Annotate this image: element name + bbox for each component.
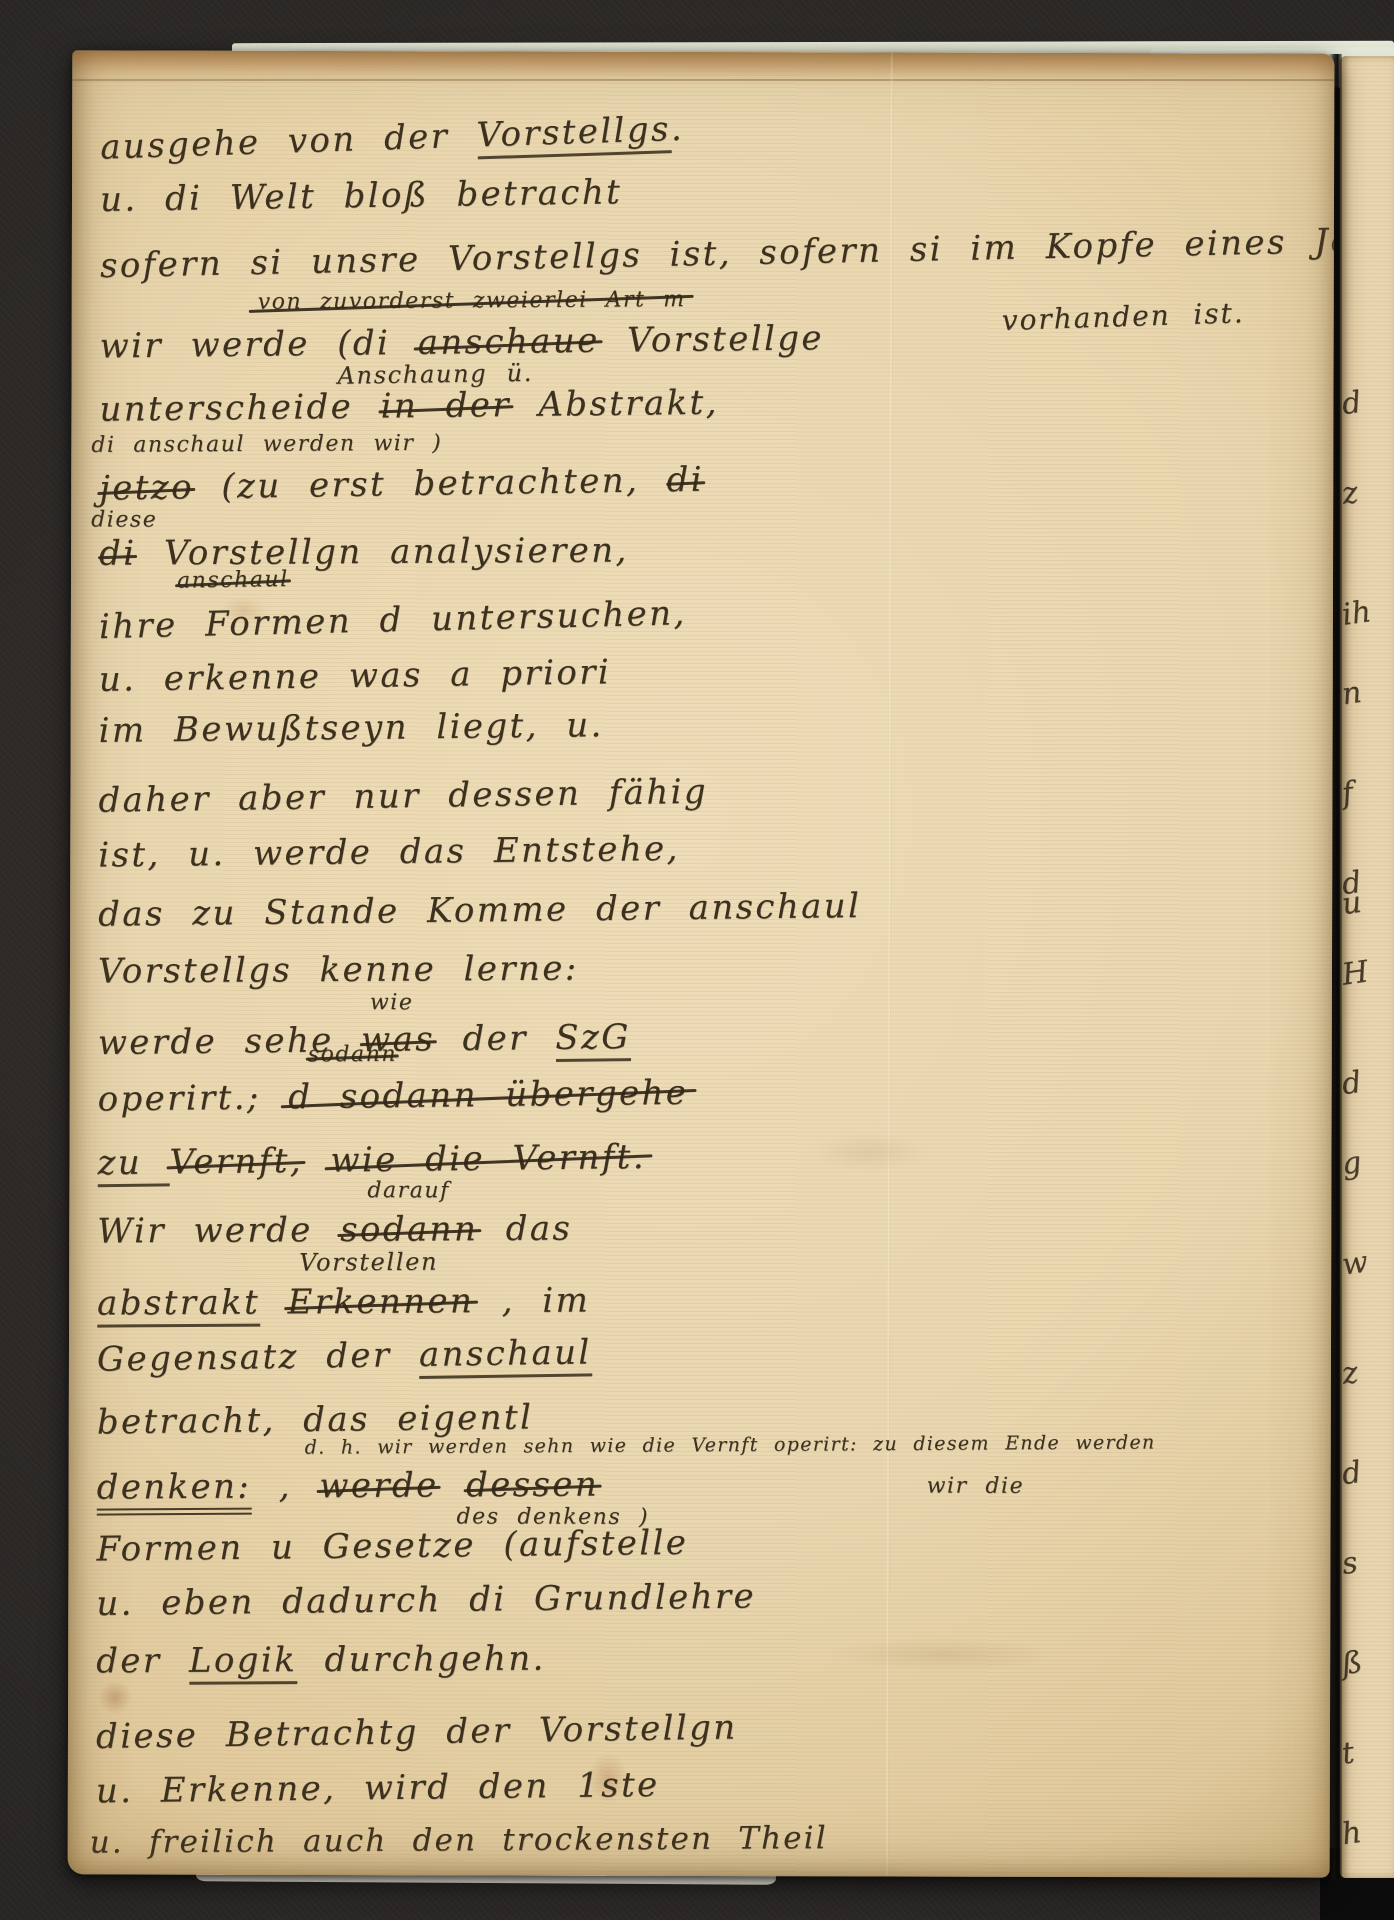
next-page-text-fragment: d <box>1340 1455 1364 1492</box>
handwritten-text: Formen u Gesetze (aufstelle <box>96 1523 688 1570</box>
manuscript-line: u. eben dadurch di Grundlehre <box>96 1576 756 1626</box>
struck-text: anschaue <box>417 321 599 363</box>
struck-text: anschaul <box>177 567 289 594</box>
next-page-text-fragment: z <box>1340 1355 1360 1392</box>
manuscript-page: ausgehe von der Vorstellgs.u. di Welt bl… <box>68 50 1335 1877</box>
next-page-edge: dzihnfduHdgwzdsßth <box>1340 56 1394 1878</box>
manuscript-line: wir die <box>927 1473 1025 1501</box>
handwritten-text: (zu erst betrachten, <box>194 460 667 507</box>
manuscript-line: operirt.; d sodann übergehe <box>97 1072 688 1121</box>
next-page-text-fragment: ß <box>1340 1645 1364 1682</box>
manuscript-line: d. h. wir werden sehn wie die Vernft ope… <box>305 1431 1156 1460</box>
underlined-text: Logik <box>189 1640 297 1685</box>
struck-text: jetzo <box>99 467 194 508</box>
handwritten-text: wie <box>370 990 414 1015</box>
manuscript-scan: dzihnfduHdgwzdsßth ausgehe von der Vorst… <box>0 0 1394 1920</box>
next-page-text-fragment: u <box>1340 885 1364 922</box>
struck-text: Erkennen <box>287 1281 474 1322</box>
handwritten-text: unterscheide <box>99 387 381 430</box>
struck-text: werde <box>319 1466 439 1507</box>
handwritten-text <box>303 1141 331 1181</box>
manuscript-line: u. Erkenne, wird den 1ste <box>96 1764 660 1813</box>
handwritten-text: vorhanden ist. <box>1001 296 1245 337</box>
manuscript-line: Gegensatz der anschaul <box>97 1331 592 1381</box>
struck-text: in der <box>380 385 511 426</box>
manuscript-line: jetzo (zu erst betrachten, di <box>99 459 704 510</box>
next-page-text-fragment: d <box>1340 385 1364 422</box>
handwritten-text: Gegensatz der <box>97 1335 420 1380</box>
manuscript-line: diese Betrachtg der Vorstellgn <box>96 1707 738 1759</box>
next-page-text-fragment: g <box>1340 1145 1364 1182</box>
struck-text: dessen <box>466 1465 599 1506</box>
handwritten-text: u. eben dadurch di Grundlehre <box>96 1577 756 1624</box>
struck-text: Vernft, <box>169 1141 303 1183</box>
handwritten-text: d. h. wir werden sehn wie die Vernft ope… <box>305 1431 1156 1458</box>
manuscript-line: Formen u Gesetze (aufstelle <box>96 1522 688 1571</box>
handwritten-text: das <box>478 1209 572 1250</box>
manuscript-line: ist, u. werde das Entstehe, <box>98 828 680 877</box>
handwritten-text: Vorstellen <box>299 1248 438 1277</box>
handwritten-text: ausgehe von der <box>100 115 478 167</box>
handwritten-text <box>438 1465 466 1505</box>
manuscript-line: sofern si unsre Vorstellgs ist, sofern s… <box>100 219 1335 288</box>
next-page-text-fragment: d <box>1340 1065 1364 1102</box>
handwritten-text: Abstrakt, <box>511 383 719 425</box>
handwritten-text: , im <box>474 1281 590 1322</box>
next-page-text-fragment: f <box>1340 775 1355 811</box>
handwritten-text: di anschaul werden wir ) <box>91 431 442 458</box>
underlined-text: SzG <box>555 1017 631 1062</box>
manuscript-line: di anschaul werden wir ) <box>91 430 442 460</box>
handwritten-text: Vorstellge <box>599 318 824 361</box>
handwritten-text: darauf <box>367 1178 449 1203</box>
struck-text: sodann <box>340 1209 478 1250</box>
manuscript-line: ihre Formen d untersuchen, <box>98 592 687 648</box>
manuscript-line: abstrakt Erkennen , im <box>97 1280 590 1326</box>
struck-text: wie die Vernft. <box>330 1137 646 1181</box>
handwritten-text: Vorstellgs kenne lerne: <box>98 949 579 992</box>
manuscript-line: daher aber nur dessen fähig <box>98 771 708 823</box>
underlined-text: anschaul <box>419 1332 592 1379</box>
handwritten-text: , <box>251 1466 319 1506</box>
handwriting-layer: ausgehe von der Vorstellgs.u. di Welt bl… <box>68 50 1335 1877</box>
handwritten-text: Wir werde <box>97 1210 340 1251</box>
handwritten-text: diese <box>91 507 157 532</box>
underlined-text: Vorstellgs <box>476 109 671 159</box>
underlined-text: abstrakt <box>97 1283 260 1328</box>
struck-text: di <box>99 534 137 574</box>
handwritten-text: u. erkenne was a priori <box>98 652 611 700</box>
next-page-text-fragment: ih <box>1340 594 1373 633</box>
handwritten-text: sofern si unsre Vorstellgs ist, sofern s… <box>100 220 1335 286</box>
struck-text: von zuvorderst zweierlei Art m <box>258 287 686 315</box>
manuscript-line: das zu Stande Komme der anschaul <box>98 885 862 936</box>
manuscript-line: wie <box>370 989 414 1017</box>
manuscript-line: vorhanden ist. <box>1001 295 1245 338</box>
manuscript-line: anschaul <box>177 566 289 595</box>
handwritten-text <box>260 1282 288 1322</box>
manuscript-line: diese <box>91 506 157 534</box>
manuscript-line: ausgehe von der Vorstellgs. <box>100 108 685 169</box>
handwritten-text: daher aber nur dessen fähig <box>98 772 708 821</box>
handwritten-text: der <box>435 1018 556 1059</box>
next-page-text-fragment: d <box>1340 865 1364 902</box>
manuscript-line: darauf <box>367 1177 449 1205</box>
handwritten-text: wir die <box>927 1474 1025 1499</box>
manuscript-line: Vorstellen <box>299 1247 438 1278</box>
handwritten-text: das zu Stande Komme der anschaul <box>98 886 862 935</box>
handwritten-text: der <box>96 1641 189 1682</box>
handwritten-text: . <box>670 109 684 149</box>
struck-text: di <box>666 460 704 501</box>
manuscript-line: unterscheide in der Abstrakt, <box>99 382 719 432</box>
manuscript-line: von zuvorderst zweierlei Art m <box>258 286 686 316</box>
manuscript-line: denken: , werde dessen <box>97 1464 600 1510</box>
manuscript-line: u. freilich auch den trockensten Theil <box>90 1819 828 1862</box>
manuscript-line: Wir werde sodann das <box>97 1208 572 1253</box>
handwritten-text: u. Erkenne, wird den 1ste <box>96 1765 660 1811</box>
struck-text: sodann <box>308 1042 397 1068</box>
next-page-text-fragment: t <box>1340 1735 1356 1771</box>
handwritten-text: ist, u. werde das Entstehe, <box>98 829 680 876</box>
underlined-text: zu <box>97 1142 170 1187</box>
handwritten-text: durchgehn. <box>297 1639 546 1681</box>
manuscript-line: im Bewußtseyn liegt, u. <box>98 704 604 752</box>
next-page-text-fragment: s <box>1340 1545 1360 1582</box>
handwritten-text: diese Betrachtg der Vorstellgn <box>96 1708 738 1758</box>
next-page-text-fragment: z <box>1340 475 1360 512</box>
next-page-text-fragment: h <box>1340 1815 1364 1852</box>
next-page-text-fragment: w <box>1340 1244 1370 1282</box>
next-page-text-fragment: H <box>1340 954 1370 992</box>
struck-text: d sodann übergehe <box>288 1073 689 1118</box>
handwritten-text: ihre Formen d untersuchen, <box>99 593 687 647</box>
handwritten-text: operirt.; <box>97 1077 288 1119</box>
next-page-text-fragment: n <box>1340 675 1364 712</box>
handwritten-text: u. freilich auch den trockensten Theil <box>90 1820 828 1861</box>
manuscript-line: u. erkenne was a priori <box>98 651 611 701</box>
handwritten-text: im Bewußtseyn liegt, u. <box>98 705 604 751</box>
underlined-text: denken: <box>97 1467 252 1516</box>
manuscript-line: u. di Welt bloß betracht <box>100 171 623 221</box>
handwritten-text: u. di Welt bloß betracht <box>100 172 623 220</box>
manuscript-line: sodann <box>308 1041 397 1069</box>
manuscript-line: der Logik durchgehn. <box>96 1638 546 1683</box>
manuscript-line: Vorstellgs kenne lerne: <box>98 948 579 993</box>
